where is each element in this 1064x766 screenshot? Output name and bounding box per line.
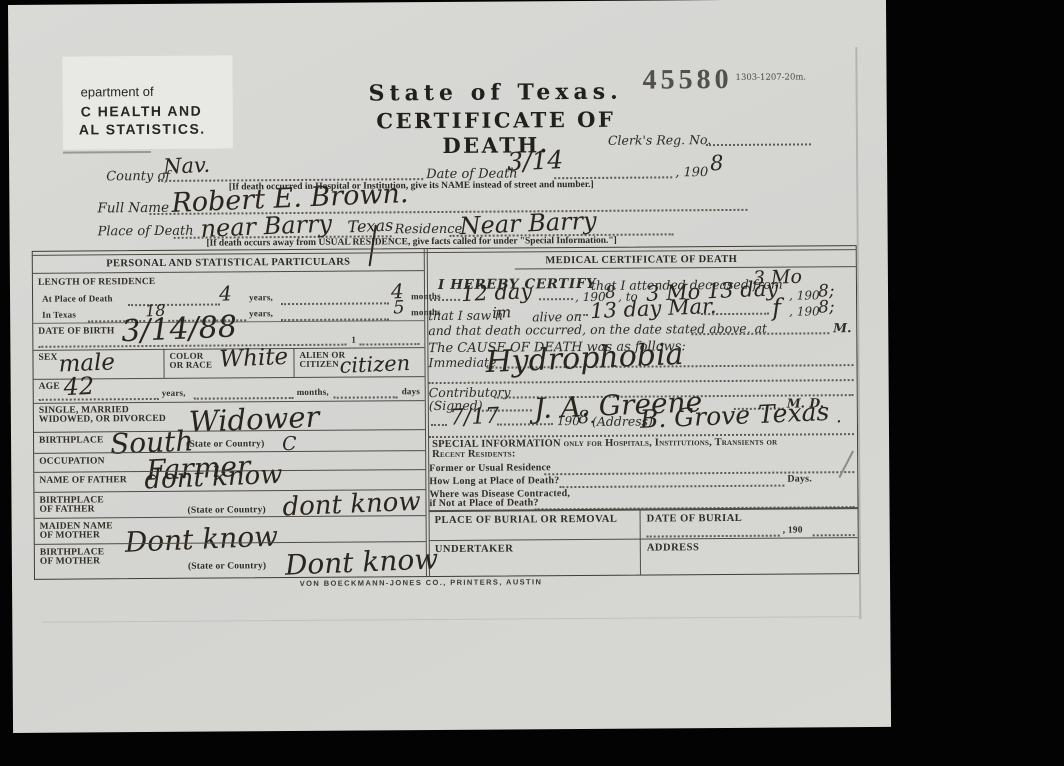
cell-divider: [163, 349, 164, 378]
scanned-document-viewport: epartment of C HEALTH AND AL STATISTICS.…: [0, 0, 1064, 766]
year-c-value: 8;: [818, 297, 835, 318]
dotted-line: [429, 422, 854, 438]
marital-label-2: WIDOWED, OR DIVORCED: [39, 414, 166, 425]
serial-number: 45580: [642, 64, 732, 97]
length-of-residence-label: LENGTH OF RESIDENCE: [38, 277, 156, 288]
at-place-label: At Place of Death: [42, 293, 113, 303]
alien-citizen-value: citizen: [339, 351, 411, 378]
state-heading: State of Texas.: [351, 79, 641, 107]
stamp-line-3: AL STATISTICS.: [79, 121, 206, 138]
mother-birthplace-value: Dont know: [284, 542, 439, 581]
burial-date-label: DATE OF BURIAL: [647, 513, 743, 525]
dotted-line: [554, 165, 672, 179]
burial-place-label: PLACE OF BURIAL OR REMOVAL: [435, 514, 618, 526]
print-code: 1303-1207-20m.: [735, 72, 806, 82]
saw-him-squiggle: im: [492, 303, 512, 322]
sex-label: SEX: [38, 353, 57, 363]
burial-date-190: , 190: [783, 525, 803, 535]
dotted-line: [194, 386, 294, 400]
mother-birthplace-label-2: OF MOTHER: [40, 556, 100, 566]
place-of-death-state: Texas: [347, 216, 393, 237]
dotted-line: [813, 523, 855, 536]
disease-contracted-label-2: if Not at Place of Death?: [429, 497, 538, 509]
year-1908-prefix: , 190: [675, 165, 708, 180]
days-label: Days.: [787, 473, 812, 484]
state-or-country-label: (State or Country): [186, 439, 264, 450]
state-or-country-label: (State or Country): [188, 561, 266, 572]
printer-credit: VON BOECKMANN-JONES CO., PRINTERS, AUSTI…: [271, 577, 571, 588]
dotted-line: [429, 368, 854, 384]
father-birthplace-value: dont know: [282, 487, 421, 523]
in-texas-label: In Texas: [42, 310, 76, 320]
dotted-line: [701, 302, 769, 315]
dotted-line: [691, 321, 829, 335]
year-190-c: , 190: [789, 304, 820, 318]
dotted-line: [38, 333, 346, 348]
age-days-label: days: [402, 386, 420, 396]
father-name-label: NAME OF FATHER: [39, 475, 127, 486]
dotted-line: [559, 474, 784, 489]
dotted-line: [359, 332, 419, 345]
dotted-line: [334, 385, 398, 398]
dotted-line: [281, 307, 389, 321]
dotted-line: [539, 287, 573, 300]
stamp-line-1: epartment of: [81, 84, 154, 100]
alien-citizen-label-2: CITIZEN: [299, 359, 338, 369]
burial-table-divider: [640, 509, 641, 575]
age-months-label: months,: [297, 387, 329, 397]
dotted-line: [128, 293, 220, 307]
occupation-label: OCCUPATION: [39, 456, 105, 466]
dotted-line: [430, 288, 460, 301]
cell-divider: [293, 348, 294, 377]
attended-from-day-value: 12 day: [461, 279, 533, 306]
rule: [515, 266, 856, 269]
undertaker-label: UNDERTAKER: [435, 543, 514, 555]
rule: [429, 537, 858, 541]
marital-value: Widower: [188, 400, 320, 439]
dotted-line: [576, 303, 588, 316]
at-place-years-value: 4: [219, 281, 233, 306]
undertaker-address-label: ADDRESS: [647, 542, 700, 553]
certificate-page: epartment of C HEALTH AND AL STATISTICS.…: [8, 0, 891, 733]
pen-flourish: f: [772, 293, 782, 321]
years-label: years,: [249, 308, 273, 318]
how-long-label: How Long at Place of Death?: [429, 475, 559, 487]
form-box: PERSONAL AND STATISTICAL PARTICULARS LEN…: [32, 245, 859, 580]
color-race-label-2: OR RACE: [169, 360, 212, 370]
in-texas-months-value: 5: [393, 297, 405, 318]
state-or-country-label: (State or Country): [188, 505, 266, 516]
age-years-label: years,: [162, 388, 186, 398]
mother-name-value: Dont know: [124, 519, 279, 558]
printed-one: 1: [351, 335, 356, 345]
birthplace-label: BIRTHPLACE: [39, 435, 104, 445]
sheet-bottom-edge: [42, 616, 859, 623]
year-value: 8: [710, 151, 724, 176]
left-column-header: PERSONAL AND STATISTICAL PARTICULARS: [33, 256, 424, 270]
dotted-line: [647, 524, 780, 538]
years-label: years,: [249, 292, 273, 302]
alive-on-value: 13 day Mar.: [590, 294, 717, 323]
dotted-line: [706, 132, 811, 146]
stamp-underline: [63, 151, 151, 154]
former-residence-label: Former or Usual Residence: [429, 462, 551, 474]
county-value: Nav.: [163, 153, 211, 179]
dotted-line: [39, 387, 159, 401]
father-birthplace-label-2: OF FATHER: [39, 504, 94, 514]
stamp-line-2: C HEALTH AND: [81, 103, 203, 120]
dotted-line: [281, 291, 389, 305]
color-race-value: White: [219, 344, 289, 373]
mother-name-label-2: OF MOTHER: [40, 530, 100, 540]
special-info-line-2: Recent Residents:: [432, 448, 516, 460]
year-190-b: , 190: [789, 288, 820, 302]
right-column-header: MEDICAL CERTIFICATE OF DEATH: [427, 253, 856, 267]
rule: [33, 270, 424, 274]
clerk-reg-label: Clerk's Reg. No.: [608, 132, 711, 148]
m-label: M.: [833, 320, 851, 335]
